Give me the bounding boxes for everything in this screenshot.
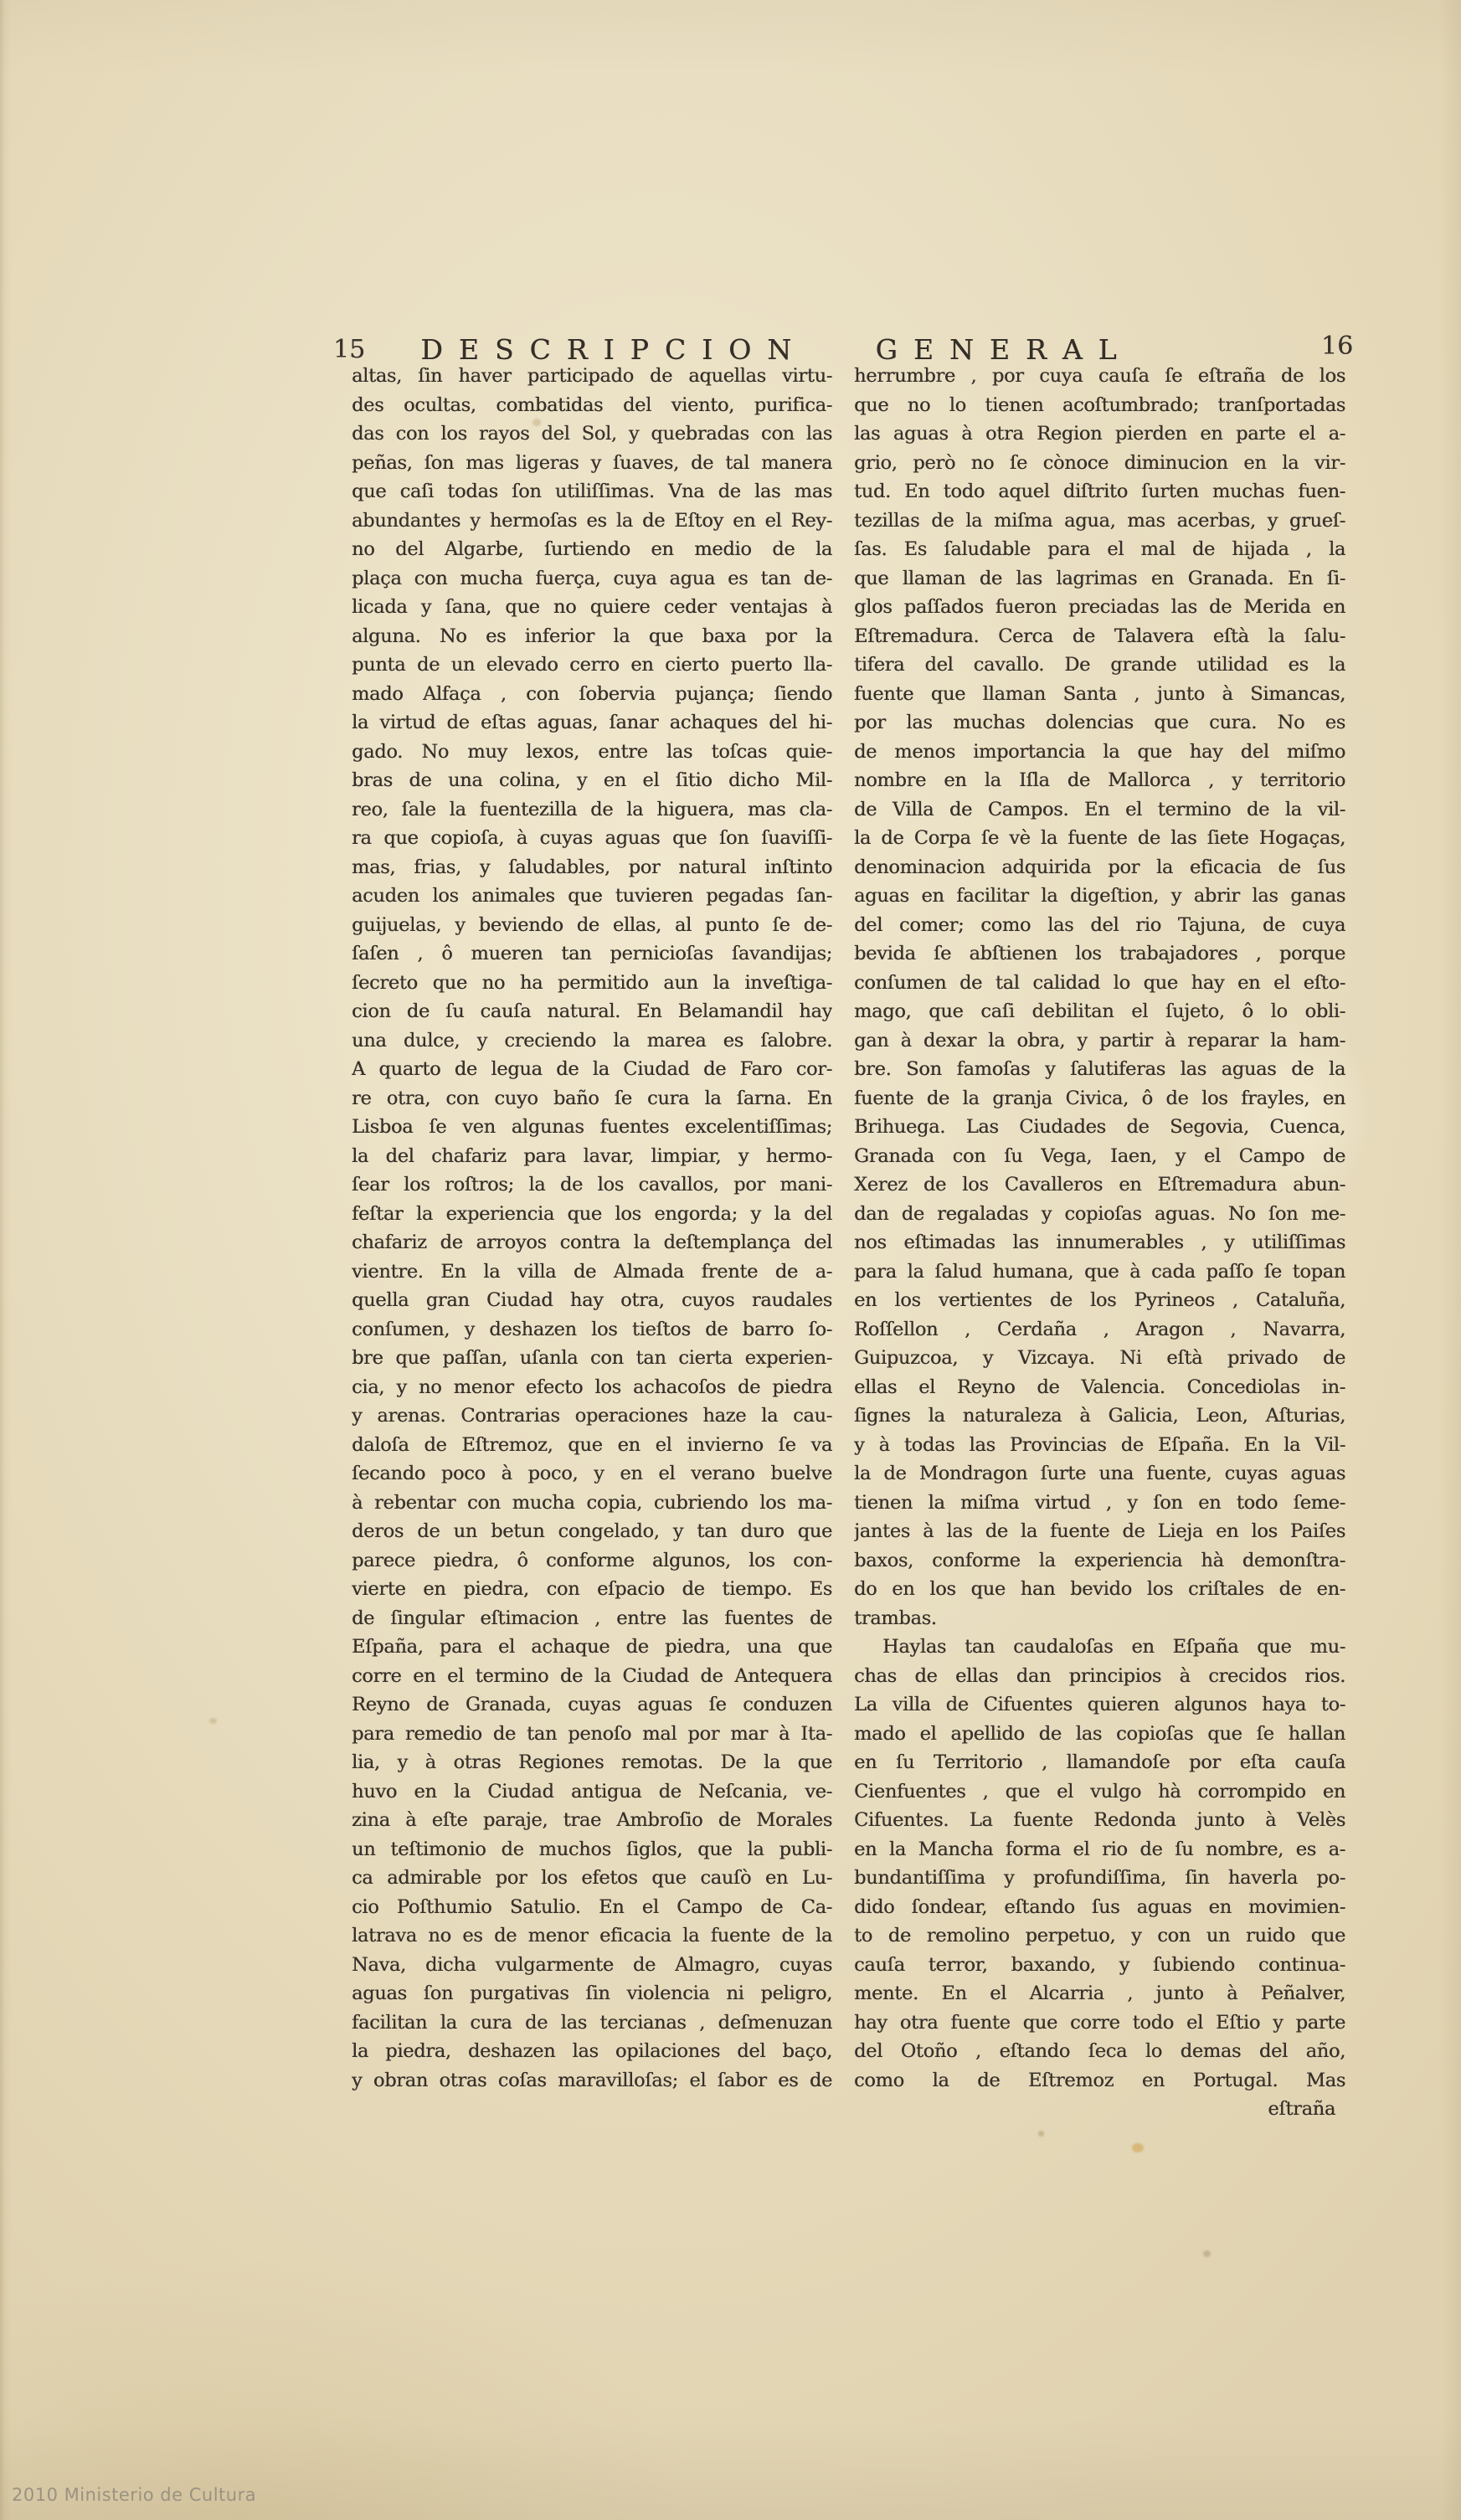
text-line: en ſu Territorio , llamandoſe por eſta c… xyxy=(854,1748,1345,1777)
book-page-scan: 15 DESCRIPCION GENERAL 16 altas, ſin hav… xyxy=(0,0,1461,2520)
text-line: una dulce, y creciendo la marea es ſalob… xyxy=(352,1026,832,1056)
text-line: ſear los roſtros; la de los cavallos, po… xyxy=(352,1170,832,1200)
text-line: altas, ſin haver participado de aquellas… xyxy=(352,362,832,391)
text-line: jantes à las de la fuente de Lieja en lo… xyxy=(854,1517,1345,1546)
text-line: ſaſen , ô mueren tan pernicioſas ſavandi… xyxy=(352,939,832,969)
text-line: bre. Son famoſas y ſalutiferas las aguas… xyxy=(854,1055,1345,1084)
text-line: cio Poſthumio Satulio. En el Campo de Ca… xyxy=(352,1893,832,1922)
text-line: grio, però no ſe cònoce diminucion en la… xyxy=(854,449,1345,478)
text-line: del comer; como las del rio Tajuna, de c… xyxy=(854,911,1345,940)
foxing-speck xyxy=(1038,2131,1044,2137)
text-line: guijuelas, y beviendo de ellas, al punto… xyxy=(352,911,832,940)
text-line: y à todas las Provincias de Eſpaña. En l… xyxy=(854,1431,1345,1460)
text-line: herrumbre , por cuya cauſa ſe eſtraña de… xyxy=(854,362,1345,391)
text-line: trambas. xyxy=(854,1604,1345,1633)
watermark: 2010 Ministerio de Cultura xyxy=(12,2485,256,2505)
text-line: dido ſondear, eſtando ſus aguas en movim… xyxy=(854,1893,1345,1922)
text-line: de menos importancia la que hay del miſm… xyxy=(854,738,1345,767)
text-line: nombre en la Iſla de Mallorca , y territ… xyxy=(854,766,1345,795)
text-line: acuden los animales que tuvieren pegadas… xyxy=(352,882,832,911)
text-line: gado. No muy lexos, entre las toſcas qui… xyxy=(352,738,832,767)
text-line: bevida ſe abſtienen los trabajadores , p… xyxy=(854,939,1345,969)
text-line: gan à dexar la obra, y partir à reparar … xyxy=(854,1026,1345,1056)
text-line: ſecando poco à poco, y en el verano buel… xyxy=(352,1459,832,1489)
text-line: reo, ſale la fuentezilla de la higuera, … xyxy=(352,795,832,825)
text-line: como la de Eſtremoz en Portugal. Mas xyxy=(854,2066,1345,2096)
text-line: to de remolino perpetuo, y con un ruido … xyxy=(854,1921,1345,1951)
text-line: tienen la miſma virtud , y ſon en todo ſ… xyxy=(854,1489,1345,1518)
text-line: peñas, ſon mas ligeras y ſuaves, de tal … xyxy=(352,449,832,478)
text-line: quella gran Ciudad hay otra, cuyos rauda… xyxy=(352,1286,832,1315)
text-line: chas de ellas dan principios à crecidos … xyxy=(854,1662,1345,1691)
text-line: para remedio de tan penoſo mal por mar à… xyxy=(352,1720,832,1749)
text-line: ſignes la naturaleza à Galicia, Leon, Aſ… xyxy=(854,1401,1345,1431)
foxing-speck xyxy=(1203,2250,1211,2257)
text-line: que caſi todas ſon utiliſſimas. Vna de l… xyxy=(352,477,832,507)
text-column-right: herrumbre , por cuya cauſa ſe eſtraña de… xyxy=(854,362,1345,2124)
text-line: La villa de Cifuentes quieren algunos ha… xyxy=(854,1690,1345,1720)
text-line: mado Alfaça , con ſobervia pujança; ſien… xyxy=(352,680,832,709)
text-line: que llaman de las lagrimas en Granada. E… xyxy=(854,564,1345,594)
foxing-speck xyxy=(1132,2143,1144,2152)
text-line: daloſa de Eſtremoz, que en el invierno ſ… xyxy=(352,1431,832,1460)
text-line: Eſpaña, para el achaque de piedra, una q… xyxy=(352,1633,832,1662)
text-line: Cienfuentes , que el vulgo hà corrompido… xyxy=(854,1777,1345,1807)
text-line: Granada con ſu Vega, Iaen, y el Campo de xyxy=(854,1142,1345,1171)
text-line: bras de una colina, y en el ſitio dicho … xyxy=(352,766,832,795)
text-line: facilitan la cura de las tercianas , deſ… xyxy=(352,2008,832,2038)
text-line: ſecreto que no ha permitido aun la inveſ… xyxy=(352,969,832,998)
text-line: de Villa de Campos. En el termino de la … xyxy=(854,795,1345,825)
text-column-right-paragraphs: herrumbre , por cuya cauſa ſe eſtraña de… xyxy=(854,362,1345,2095)
text-line: ellas el Reyno de Valencia. Concediolas … xyxy=(854,1373,1345,1402)
text-line: mas, frias, y ſaludables, por natural in… xyxy=(352,853,832,882)
text-line: alguna. No es inferior la que baxa por l… xyxy=(352,622,832,651)
text-line: punta de un elevado cerro en cierto puer… xyxy=(352,651,832,680)
text-line: conſumen, y deshazen los tieſtos de barr… xyxy=(352,1315,832,1345)
text-line: Guipuzcoa, y Vizcaya. Ni eſtà privado de xyxy=(854,1344,1345,1373)
text-line: vientre. En la villa de Almada frente de… xyxy=(352,1257,832,1287)
text-line: corre en el termino de la Ciudad de Ante… xyxy=(352,1662,832,1691)
text-line: bre que paſſan, uſanla con tan cierta ex… xyxy=(352,1344,832,1373)
text-line: nos eſtimadas las innumerables , y utili… xyxy=(854,1228,1345,1257)
text-line: hay otra fuente que corre todo el Eſtio … xyxy=(854,2008,1345,2038)
text-line: de ſingular eſtimacion , entre las fuent… xyxy=(352,1604,832,1633)
text-line: licada y ſana, que no quiere ceder venta… xyxy=(352,593,832,622)
text-line: Eſtremadura. Cerca de Talavera eſtà la ſ… xyxy=(854,622,1345,651)
catchword: eſtraña xyxy=(854,2095,1345,2124)
text-line: Nava, dicha vulgarmente de Almagro, cuya… xyxy=(352,1951,832,1980)
text-line: Cifuentes. La fuente Redonda junto à Vel… xyxy=(854,1806,1345,1835)
text-line: y obran otras coſas maravilloſas; el ſab… xyxy=(352,2066,832,2096)
text-line: aguas en facilitar la digeſtion, y abrir… xyxy=(854,882,1345,911)
text-line: la piedra, deshazen las opilaciones del … xyxy=(352,2037,832,2066)
text-line: latrava no es de menor eficacia la fuent… xyxy=(352,1921,832,1951)
text-line: zina à eſte paraje, trae Ambroſio de Mor… xyxy=(352,1806,832,1835)
text-line: cion de ſu cauſa natural. En Belamandil … xyxy=(352,997,832,1026)
text-line: do en los que han bevido los criſtales d… xyxy=(854,1575,1345,1604)
text-line: cauſa terror, baxando, y ſubiendo contin… xyxy=(854,1951,1345,1980)
text-line: ca admirable por los efetos que cauſò en… xyxy=(352,1864,832,1893)
text-line: fuente de la granja Civica, ô de los fra… xyxy=(854,1084,1345,1113)
text-line: aguas ſon purgativas ſin violencia ni pe… xyxy=(352,1979,832,2008)
text-line: la del chafariz para lavar, limpiar, y h… xyxy=(352,1142,832,1171)
text-line: denominacion adquirida por la eficacia d… xyxy=(854,853,1345,882)
text-line: A quarto de legua de la Ciudad de Faro c… xyxy=(352,1055,832,1084)
text-line: abundantes y hermoſas es la de Eſtoy en … xyxy=(352,507,832,536)
text-line: no del Algarbe, ſurtiendo en medio de la xyxy=(352,535,832,564)
text-line: en la Mancha forma el rio de ſu nombre, … xyxy=(854,1835,1345,1864)
text-line: cia, y no menor efecto los achacoſos de … xyxy=(352,1373,832,1402)
text-line: la de Corpa ſe vè la fuente de las ſiete… xyxy=(854,824,1345,853)
text-line: que no lo tienen acoſtumbrado; tranſport… xyxy=(854,391,1345,420)
text-line: fuente que llaman Santa , junto à Simanc… xyxy=(854,680,1345,709)
text-line: plaça con mucha fuerça, cuya agua es tan… xyxy=(352,564,832,594)
text-line: baxos, conforme la experiencia hà demonſ… xyxy=(854,1546,1345,1576)
text-line: dan de regaladas y copioſas aguas. No ſo… xyxy=(854,1200,1345,1229)
text-line: Xerez de los Cavalleros en Eſtremadura a… xyxy=(854,1170,1345,1200)
text-line: parece piedra, ô conforme algunos, los c… xyxy=(352,1546,832,1576)
text-line: Reyno de Granada, cuyas aguas ſe conduze… xyxy=(352,1690,832,1720)
foxing-speck xyxy=(209,1718,217,1724)
text-line: mente. En el Alcarria , junto à Peñalver… xyxy=(854,1979,1345,2008)
text-line: para la ſalud humana, que à cada paſſo ſ… xyxy=(854,1257,1345,1287)
text-line: Haylas tan caudaloſas en Eſpaña que mu- xyxy=(854,1633,1345,1662)
text-line: Roſſellon , Cerdaña , Aragon , Navarra, xyxy=(854,1315,1345,1345)
text-line: y arenas. Contrarias operaciones haze la… xyxy=(352,1401,832,1431)
text-line: tud. En todo aquel diſtrito ſurten mucha… xyxy=(854,477,1345,507)
text-line: ſas. Es ſaludable para el mal de hijada … xyxy=(854,535,1345,564)
text-line: à rebentar con mucha copia, cubriendo lo… xyxy=(352,1489,832,1518)
text-line: la de Mondragon ſurte una fuente, cuyas … xyxy=(854,1459,1345,1489)
text-line: bundantiſſima y profundiſſima, ſin haver… xyxy=(854,1864,1345,1893)
text-line: deros de un betun congelado, y tan duro … xyxy=(352,1517,832,1546)
text-line: feſtar la experiencia que los engorda; y… xyxy=(352,1200,832,1229)
text-line: huvo en la Ciudad antigua de Neſcania, v… xyxy=(352,1777,832,1807)
text-line: conſumen de tal calidad lo que hay en el… xyxy=(854,969,1345,998)
text-line: un teſtimonio de muchos ſiglos, que la p… xyxy=(352,1835,832,1864)
text-line: vierte en piedra, con eſpacio de tiempo.… xyxy=(352,1575,832,1604)
text-line: del Otoño , eſtando ſeca lo demas del añ… xyxy=(854,2037,1345,2066)
text-line: chafariz de arroyos contra la deſtemplan… xyxy=(352,1228,832,1257)
text-column-left: altas, ſin haver participado de aquellas… xyxy=(352,362,832,2095)
text-line: mago, que caſi debilitan el ſujeto, ô lo… xyxy=(854,997,1345,1026)
text-line: Lisboa ſe ven algunas fuentes excelentiſ… xyxy=(352,1113,832,1142)
text-line: por las muchas dolencias que cura. No es xyxy=(854,708,1345,738)
text-line: mado el apellido de las copioſas que ſe … xyxy=(854,1720,1345,1749)
text-line: lia, y à otras Regiones remotas. De la q… xyxy=(352,1748,832,1777)
text-line: glos paſſados fueron preciadas las de Me… xyxy=(854,593,1345,622)
text-line: la virtud de eſtas aguas, ſanar achaques… xyxy=(352,708,832,738)
text-line: re otra, con cuyo baño ſe cura la ſarna.… xyxy=(352,1084,832,1113)
text-line: des ocultas, combatidas del viento, puri… xyxy=(352,391,832,420)
page-number-right: 16 xyxy=(1321,332,1353,361)
text-line: las aguas à otra Region pierden en parte… xyxy=(854,419,1345,449)
text-line: ra que copioſa, à cuyas aguas que ſon ſu… xyxy=(352,824,832,853)
text-line: en los vertientes de los Pyrineos , Cata… xyxy=(854,1286,1345,1315)
text-line: tezillas de la miſma agua, mas acerbas, … xyxy=(854,507,1345,536)
text-line: das con los rayos del Sol, y quebradas c… xyxy=(352,419,832,449)
text-line: Brihuega. Las Ciudades de Segovia, Cuenc… xyxy=(854,1113,1345,1142)
text-line: tifera del cavallo. De grande utilidad e… xyxy=(854,651,1345,680)
